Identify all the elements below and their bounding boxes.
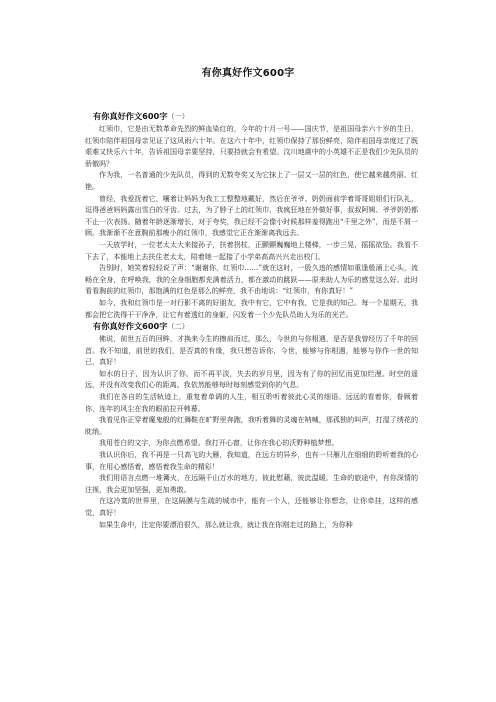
paragraph: 一天放学时，一位老太太大来接孙子，扶着拐杖，正颤颤巍巍地上楼梯，一步三晃，摇摇欲… (85, 239, 418, 262)
paragraph: 作为我，一名普通的少先队员，得到的无数夸奖又为它抹上了一层又一层的红色，使它越来… (85, 169, 418, 192)
document-title: 有你真好作文600字 (0, 64, 496, 79)
section-heading: 有你真好作文600字（一） (93, 110, 418, 123)
essay-section-2: 有你真好作文600字（二） 佛说，前世五百的回眸，才换来今生的擦肩而过，那么，今… (93, 320, 418, 530)
paragraph: 我用苍白的文字，为你点燃希望。我打开心窗，让你在我心的沃野种植梦想。 (85, 437, 418, 449)
section-heading-text: 有你真好作文600字 (93, 111, 167, 121)
document-page: 有你真好作文600字 有你真好作文600字（一） 红领巾，它是由无数革命先烈的鲜… (0, 0, 496, 702)
paragraph: 我看见你正穿着魔鬼般的红舞鞋在旷野里奔跑，我听着舞的灵魂在呐喊，那孤独的叫声，打… (85, 414, 418, 437)
section-heading-text: 有你真好作文600字 (93, 321, 167, 331)
section-number: （二） (167, 322, 189, 331)
paragraph: 告别时，她笑着轻轻说了声：“谢谢你，红领巾……”就在这时，一股久违的感情如重逢般… (85, 262, 418, 297)
paragraph: 佛说，前世五百的回眸，才换来今生的擦肩而过，那么，今世的与你相遇，是否是我曾经历… (85, 333, 418, 368)
paragraph: 我们用语言点燃一堆篝火，在远隔千山万水的地方，彼此慰藉，彼此温暖。生命的旅途中，… (85, 472, 418, 495)
document-body: 有你真好作文600字（一） 红领巾，它是由无数革命先烈的鲜血染红的，今年的十月一… (93, 110, 418, 530)
paragraph: 曾经，我爱抚着它，嚷着让妈妈为我工工整整地戴好，然后在爷爷、奶奶面前学着哥哥姐姐… (85, 193, 418, 239)
section-number: （一） (167, 112, 189, 121)
essay-section-1: 有你真好作文600字（一） 红领巾，它是由无数革命先烈的鲜血染红的，今年的十月一… (93, 110, 418, 320)
paragraph: 在这冷寞的世界里，在这隔膜与生疏的城市中，能有一个人，还能够让你想念，让你牵挂，… (85, 495, 418, 518)
paragraph: 如水的日子，因为认识了你，而不再平淡，失去的岁月里，因为有了你的回忆而更加烂漫。… (85, 368, 418, 391)
paragraph: 我认识你后，我不再是一只高飞的大雁，我知道，在远方的异乡，也有一只雁儿在细细的聆… (85, 449, 418, 472)
paragraph: 如今，我和红领巾是一对行影不离的好朋友，我中有它，它中有我，它是我的知己。每一个… (85, 297, 418, 320)
paragraph: 如果生命中，注定你要漂泊很久，那么就让我，就让我在你刚走过的路上，为你种 (85, 519, 418, 531)
section-heading: 有你真好作文600字（二） (93, 320, 418, 333)
paragraph: 红领巾，它是由无数革命先烈的鲜血染红的，今年的十月一号——国庆节，是祖国母亲六十… (85, 123, 418, 169)
paragraph: 我们在各自的生活轨迹上，重复着单调的人生，相互聆听着彼此心灵的细语。远远的看着你… (85, 391, 418, 414)
